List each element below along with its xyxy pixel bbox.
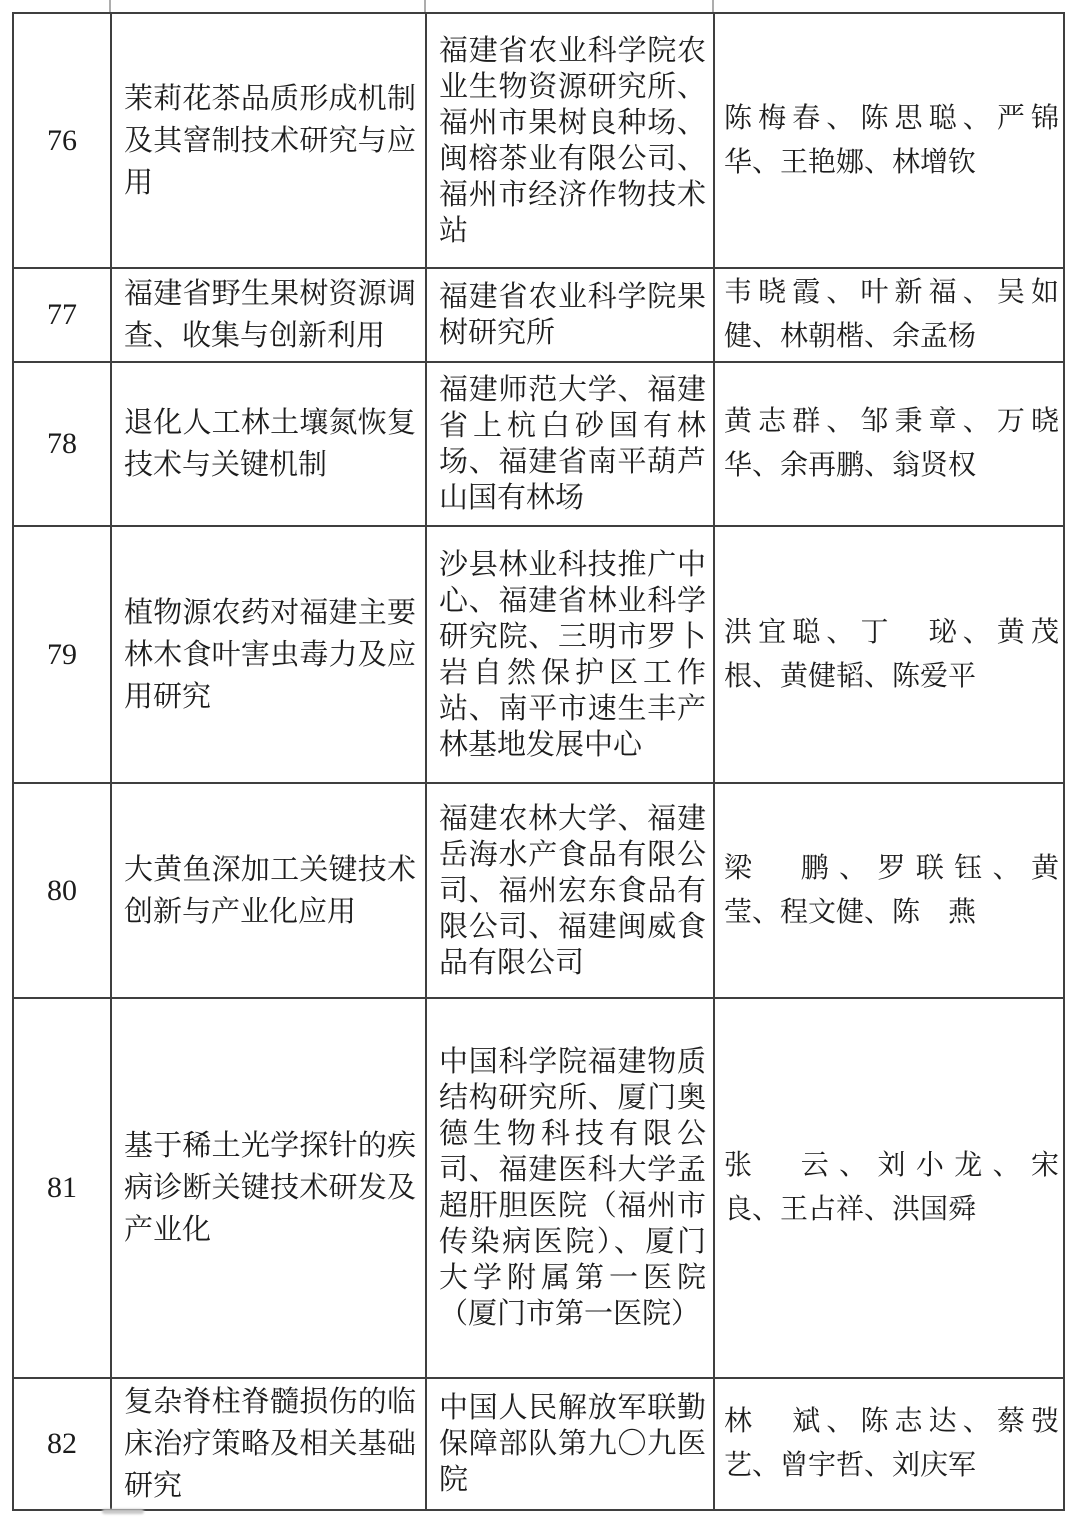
cut-grid-line <box>424 0 426 12</box>
organizations-cell: 沙县林业科技推广中心、福建省林业科学研究院、三明市罗卜岩自然保护区工作站、南平市… <box>426 526 714 783</box>
row-number-cell: 80 <box>13 783 111 998</box>
table-row: 82 复杂脊柱脊髓损伤的临床治疗策略及相关基础研究 中国人民解放军联勤保障部队第… <box>13 1378 1064 1510</box>
row-number-cell: 78 <box>13 362 111 526</box>
cut-off-next-row-mark <box>102 1509 144 1514</box>
contributors-cell: 陈梅春、陈思聪、严锦华、王艳娜、林增钦 <box>714 13 1064 268</box>
organizations-cell: 中国人民解放军联勤保障部队第九〇九医院 <box>426 1378 714 1510</box>
table-row: 77 福建省野生果树资源调查、收集与创新利用 福建省农业科学院果树研究所 韦晓霞… <box>13 268 1064 362</box>
row-number-cell: 79 <box>13 526 111 783</box>
project-name-cell: 植物源农药对福建主要林木食叶害虫毒力及应用研究 <box>111 526 426 783</box>
row-number-cell: 82 <box>13 1378 111 1510</box>
organizations-cell: 福建省农业科学院农业生物资源研究所、福州市果树良种场、闽榕茶业有限公司、福州市经… <box>426 13 714 268</box>
contributors-cell: 张 云、刘小龙、宋 良、王占祥、洪国舜 <box>714 998 1064 1378</box>
row-number-cell: 81 <box>13 998 111 1378</box>
contributors-cell: 韦晓霞、叶新福、吴如健、林朝楷、余孟杨 <box>714 268 1064 362</box>
table-row: 80 大黄鱼深加工关键技术创新与产业化应用 福建农林大学、福建岳海水产食品有限公… <box>13 783 1064 998</box>
organizations-cell: 福建师范大学、福建省上杭白砂国有林场、福建省南平葫芦山国有林场 <box>426 362 714 526</box>
contributors-cell: 洪宜聪、丁 珌、黄茂根、黄健韬、陈爱平 <box>714 526 1064 783</box>
cut-grid-line <box>109 0 111 12</box>
row-number-cell: 76 <box>13 13 111 268</box>
contributors-cell: 梁 鹏、罗联钰、黄 莹、程文健、陈 燕 <box>714 783 1064 998</box>
contributors-cell: 黄志群、邹秉章、万晓华、余再鹏、翁贤权 <box>714 362 1064 526</box>
organizations-cell: 福建省农业科学院果树研究所 <box>426 268 714 362</box>
award-project-table: 76 茉莉花茶品质形成机制及其窨制技术研究与应用 福建省农业科学院农业生物资源研… <box>12 12 1065 1511</box>
contributors-cell: 林 斌、陈志达、蔡弢艺、曾宇哲、刘庆军 <box>714 1378 1064 1510</box>
organizations-cell: 中国科学院福建物质结构研究所、厦门奥德生物科技有限公司、福建医科大学孟超肝胆医院… <box>426 998 714 1378</box>
row-number-cell: 77 <box>13 268 111 362</box>
table-row: 78 退化人工林土壤氮恢复技术与关键机制 福建师范大学、福建省上杭白砂国有林场、… <box>13 362 1064 526</box>
table-row: 81 基于稀土光学探针的疾病诊断关键技术研发及产业化 中国科学院福建物质结构研究… <box>13 998 1064 1378</box>
cut-grid-line <box>712 0 714 12</box>
document-page: 76 茉莉花茶品质形成机制及其窨制技术研究与应用 福建省农业科学院农业生物资源研… <box>0 0 1080 1517</box>
project-name-cell: 茉莉花茶品质形成机制及其窨制技术研究与应用 <box>111 13 426 268</box>
table-row: 79 植物源农药对福建主要林木食叶害虫毒力及应用研究 沙县林业科技推广中心、福建… <box>13 526 1064 783</box>
project-name-cell: 基于稀土光学探针的疾病诊断关键技术研发及产业化 <box>111 998 426 1378</box>
project-name-cell: 大黄鱼深加工关键技术创新与产业化应用 <box>111 783 426 998</box>
table-row: 76 茉莉花茶品质形成机制及其窨制技术研究与应用 福建省农业科学院农业生物资源研… <box>13 13 1064 268</box>
project-name-cell: 退化人工林土壤氮恢复技术与关键机制 <box>111 362 426 526</box>
project-name-cell: 福建省野生果树资源调查、收集与创新利用 <box>111 268 426 362</box>
organizations-cell: 福建农林大学、福建岳海水产食品有限公司、福州宏东食品有限公司、福建闽威食品有限公… <box>426 783 714 998</box>
project-name-cell: 复杂脊柱脊髓损伤的临床治疗策略及相关基础研究 <box>111 1378 426 1510</box>
